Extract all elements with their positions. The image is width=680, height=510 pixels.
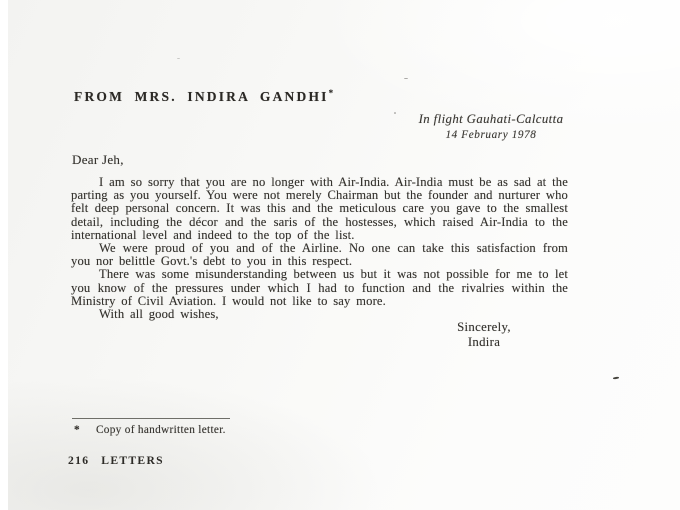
scanned-letter-page: FROM MRS. INDIRA GANDHI* In flight Gauha… [0, 0, 680, 510]
salutation: Dear Jeh, [72, 152, 124, 168]
heading-footnote-mark: * [329, 88, 334, 98]
body-paragraph: There was some misunderstanding between … [71, 268, 568, 308]
letter-body: I am so sorry that you are no longer wit… [71, 176, 568, 321]
page-footer: 216 LETTERS [68, 454, 164, 467]
body-paragraph: We were proud of you and of the Airline.… [71, 242, 568, 268]
dateline-date: 14 February 1978 [388, 129, 594, 141]
page-number: 216 [68, 454, 89, 467]
footnote: * Copy of handwritten letter. [74, 424, 226, 436]
scan-speck [404, 78, 408, 79]
signature-name: Indira [432, 335, 536, 350]
body-paragraph: I am so sorry that you are no longer wit… [71, 176, 568, 242]
dateline-place: In flight Gauhati-Calcutta [388, 112, 594, 127]
letter-heading-text: FROM MRS. INDIRA GANDHI [74, 89, 329, 104]
dateline: In flight Gauhati-Calcutta 14 February 1… [388, 112, 594, 141]
scan-speck [394, 112, 396, 114]
footnote-divider [72, 418, 230, 419]
page-edge-strip [0, 0, 8, 510]
section-title: LETTERS [101, 454, 164, 467]
letter-heading: FROM MRS. INDIRA GANDHI* [74, 88, 333, 105]
footnote-marker: * [74, 424, 80, 436]
signature-block: Sincerely, Indira [432, 320, 536, 349]
footnote-text: Copy of handwritten letter. [96, 424, 226, 436]
closing-word: Sincerely, [432, 320, 536, 335]
